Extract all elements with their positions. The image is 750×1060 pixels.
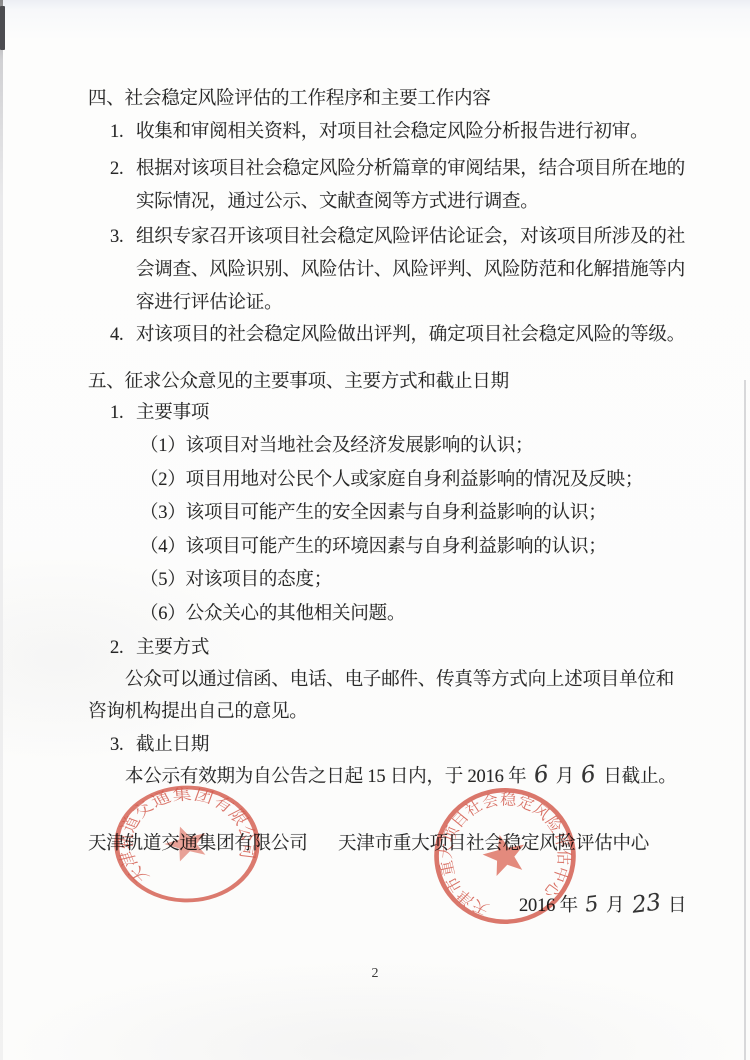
section5-sub-item-1: （1）该项目对当地社会及经济发展影响的认识；	[140, 435, 533, 458]
item-text: 根据对该项目社会稳定风险分析篇章的审阅结果，结合项目所在地的	[136, 159, 685, 179]
section5-item-2-title: 2.主要方式	[110, 637, 209, 660]
item-text: 收集和审阅相关资料，对项目社会稳定风险分析报告进行初审。	[136, 122, 648, 142]
section4-item-3-line-3: 容进行评估论证。	[136, 292, 282, 315]
scan-edge-artifact-topleft	[0, 6, 5, 50]
month-unit: 月	[606, 896, 624, 916]
handwritten-month: 6	[533, 765, 550, 785]
section5-sub-item-5: （5）对该项目的态度；	[140, 569, 332, 592]
assessment-center-seal-right: 天津市重大项目社会稳定风险评估中心	[430, 784, 580, 928]
item-number: 3.	[110, 734, 136, 757]
scan-edge-artifact-right	[744, 380, 746, 1060]
section5-sub-item-2: （2）项目用地对公民个人或家庭自身利益影响的情况及反映；	[140, 469, 643, 492]
item-text: 对该项目的社会稳定风险做出评判，确定项目社会稳定风险的等级。	[136, 325, 685, 345]
item-text: 主要方式	[136, 638, 209, 658]
section4-item-4: 4.对该项目的社会稳定风险做出评判，确定项目社会稳定风险的等级。	[110, 324, 685, 347]
section4-item-2-line-1: 2.根据对该项目社会稳定风险分析篇章的审阅结果，结合项目所在地的	[110, 158, 685, 181]
section4-item-2-line-2: 实际情况，通过公示、文献查阅等方式进行调查。	[136, 191, 539, 214]
deadline-text-end: 日截止。	[603, 767, 676, 787]
item-number: 2.	[110, 158, 136, 181]
item-number: 1.	[110, 402, 136, 425]
section5-item-1-title: 1.主要事项	[110, 402, 209, 425]
section5-sub-item-6: （6）公众关心的其他相关问题。	[140, 603, 405, 626]
seal-star-icon	[479, 830, 530, 878]
section5-heading: 五、征求公众意见的主要事项、主要方式和截止日期	[88, 371, 509, 394]
handwritten-day: 23	[631, 893, 662, 914]
section4-item-3-line-2: 会调查、风险识别、风险估计、风险评判、风险防范和化解措施等内	[136, 259, 685, 282]
item-number: 2.	[110, 637, 136, 660]
section5-item-3-title: 3.截止日期	[110, 734, 209, 757]
item-text: 组织专家召开该项目社会稳定风险评估论证会，对该项目所涉及的社	[136, 227, 685, 247]
handwritten-month: 5	[584, 894, 599, 913]
item-number: 3.	[110, 226, 136, 249]
section5-sub-item-4: （4）该项目可能产生的环境因素与自身利益影响的认识；	[140, 536, 607, 559]
section4-heading: 四、社会稳定风险评估的工作程序和主要工作内容	[88, 88, 491, 111]
scan-edge-artifact-left	[0, 0, 3, 1060]
section4-item-1: 1.收集和审阅相关资料，对项目社会稳定风险分析报告进行初审。	[110, 121, 648, 144]
section4-item-3-line-1: 3.组织专家召开该项目社会稳定风险评估论证会，对该项目所涉及的社	[110, 226, 685, 249]
handwritten-day: 6	[580, 765, 597, 785]
section5-sub-item-3: （3）该项目可能产生的安全因素与自身利益影响的认识；	[140, 502, 607, 525]
company-seal-left: 天津轨道交通集团有限公司	[111, 783, 263, 905]
item-number: 1.	[110, 121, 136, 144]
page-number: 2	[0, 966, 750, 982]
seal-star-icon	[159, 821, 213, 863]
item-text: 主要事项	[136, 403, 209, 423]
date-day-unit: 日	[668, 896, 686, 916]
item-text: 截止日期	[136, 735, 209, 755]
item-number: 4.	[110, 324, 136, 347]
scanned-notice-page-2: 四、社会稳定风险评估的工作程序和主要工作内容 1.收集和审阅相关资料，对项目社会…	[0, 0, 750, 1060]
section5-item-2-paragraph-line-2: 咨询机构提出自己的意见。	[88, 701, 308, 724]
section5-item-2-paragraph-line-1: 公众可以通过信函、电话、电子邮件、传真等方式向上述项目单位和	[125, 669, 674, 692]
